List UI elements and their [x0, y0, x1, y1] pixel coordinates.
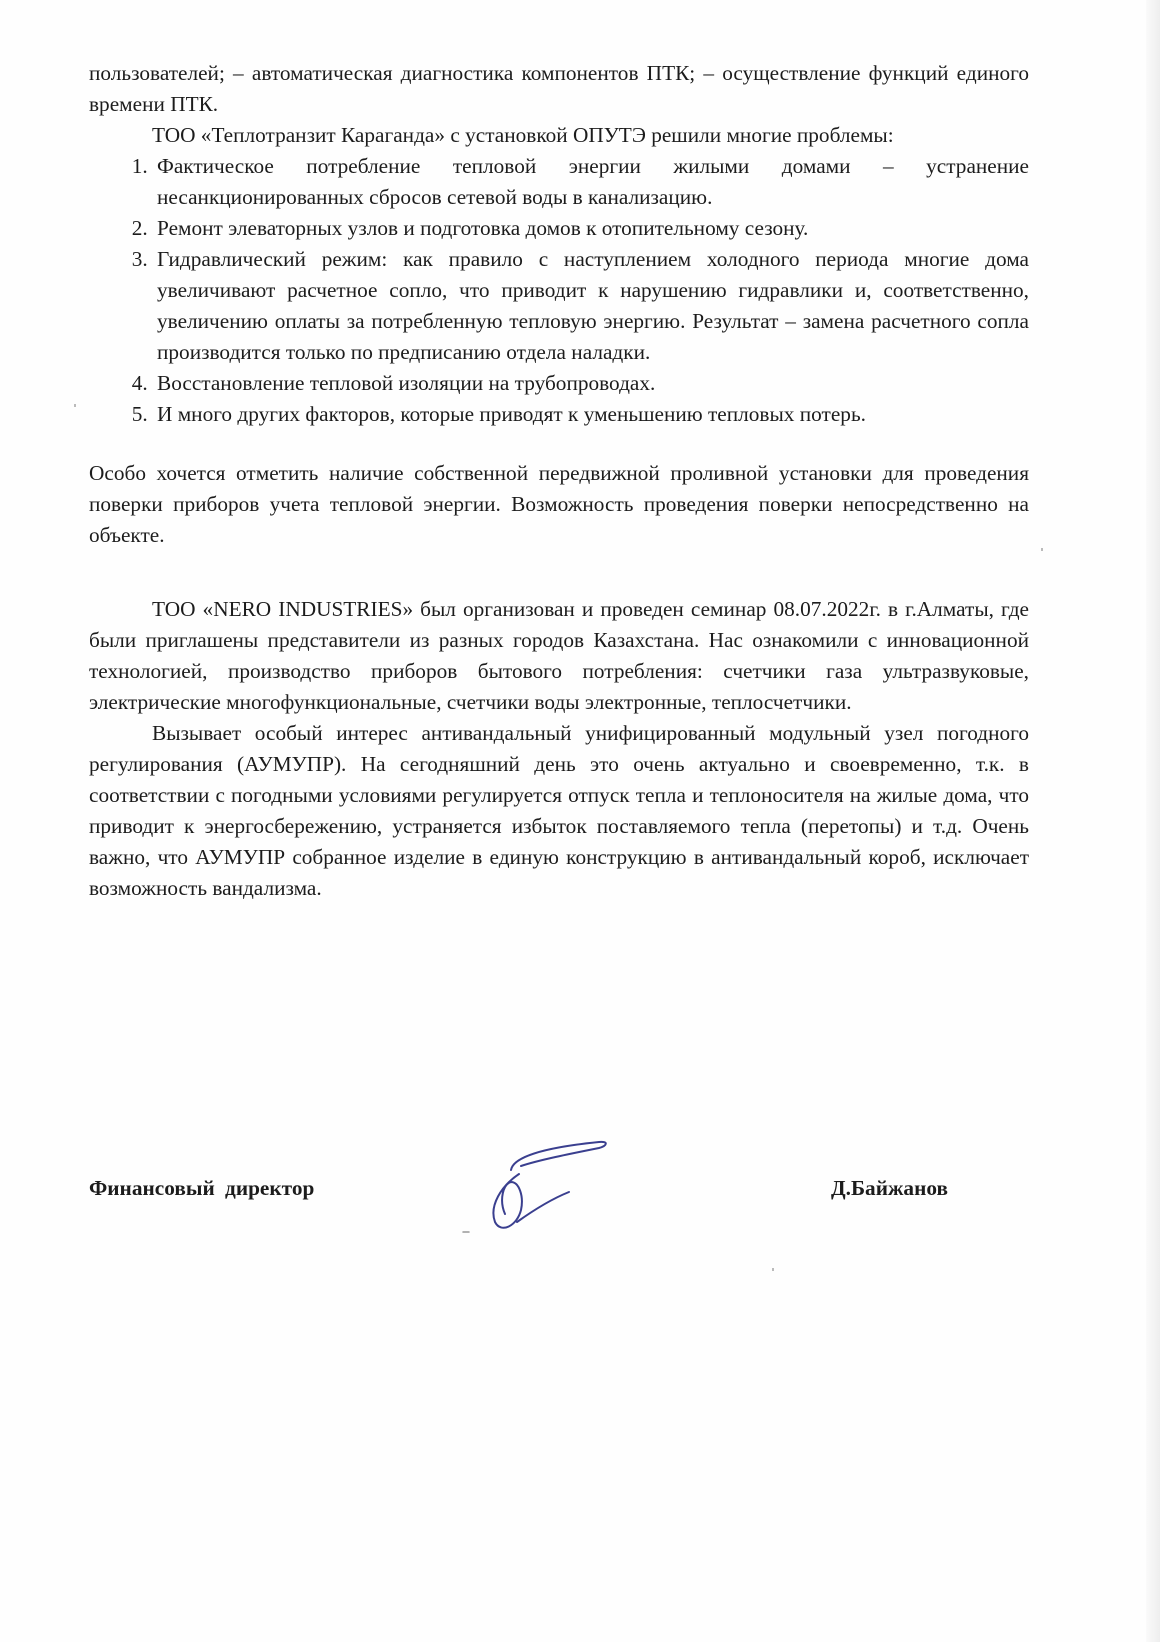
list-item: Ремонт элеваторных узлов и подготовка до… — [153, 213, 1029, 244]
scan-speck — [74, 404, 76, 407]
scan-speck — [772, 1268, 774, 1271]
signatory-name: Д.Байжанов — [831, 1176, 948, 1201]
list-item: Фактическое потребление тепловой энергии… — [153, 151, 1029, 213]
aumupr-paragraph: Вызывает особый интерес антивандальный у… — [89, 718, 1029, 904]
document-body: пользователей; – автоматическая диагност… — [89, 58, 1029, 904]
spacer — [89, 551, 1029, 594]
list-item: И много других факторов, которые приводя… — [153, 399, 1029, 430]
seminar-paragraph: ТОО «NERO INDUSTRIES» был организован и … — [89, 594, 1029, 718]
list-item: Гидравлический режим: как правило с наст… — [153, 244, 1029, 368]
mobile-installation-paragraph: Особо хочется отметить наличие собственн… — [89, 458, 1029, 551]
document-page: пользователей; – автоматическая диагност… — [0, 0, 1160, 1642]
handwritten-signature-icon — [449, 1134, 619, 1244]
intro-paragraph: ТОО «Теплотранзит Караганда» с установко… — [89, 120, 1029, 151]
signature-block: Финансовый директор Д.Байжанов — [89, 1168, 989, 1258]
scan-speck — [1041, 548, 1043, 551]
signatory-position: Финансовый директор — [89, 1176, 314, 1201]
list-item: Восстановление тепловой изоляции на труб… — [153, 368, 1029, 399]
spacer — [89, 430, 1029, 458]
problems-list: Фактическое потребление тепловой энергии… — [89, 151, 1029, 430]
intro-continuation: пользователей; – автоматическая диагност… — [89, 58, 1029, 120]
scan-edge — [1146, 0, 1160, 1642]
